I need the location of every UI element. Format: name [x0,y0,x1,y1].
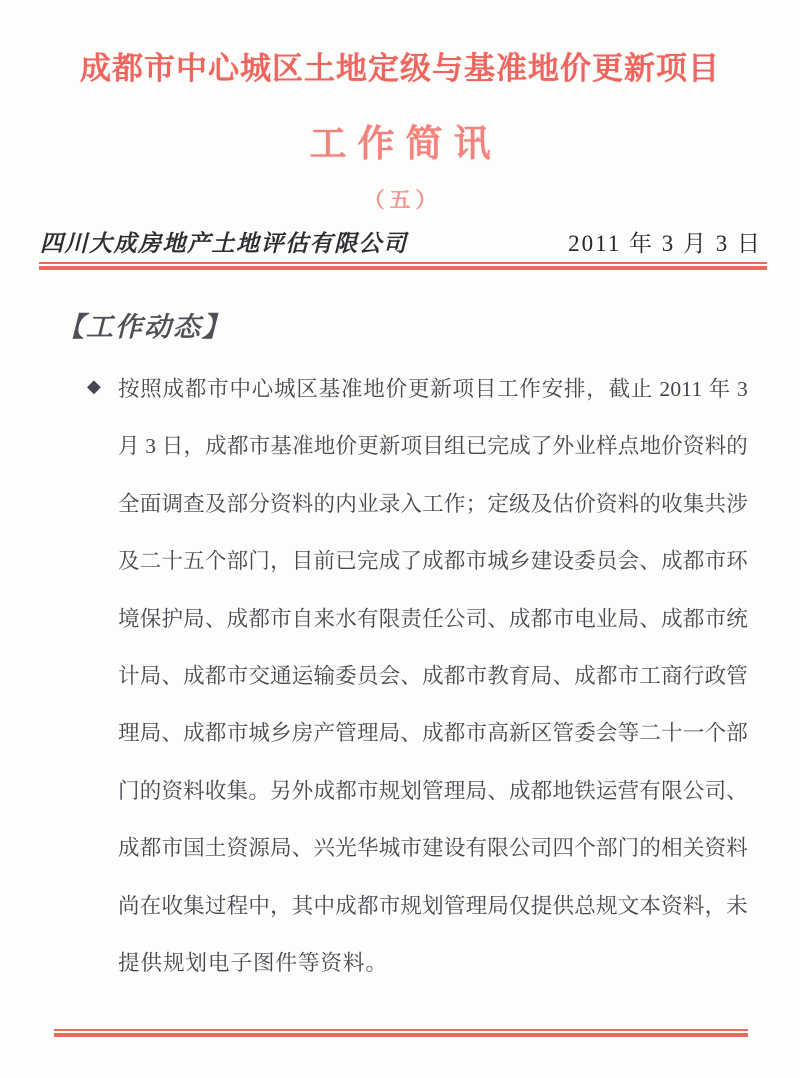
paragraph-line: 及二十五个部门，目前已完成了成都市城乡建设委员会、成都市环 [118,533,748,590]
issue-number: （五） [0,186,800,214]
paragraph-line: 尚在收集过程中，其中成都市规划管理局仅提供总规文本资料，未 [118,878,748,935]
paragraph-line: 全面调查及部分资料的内业录入工作；定级及估价资料的收集共涉 [118,476,748,533]
paragraph-line: 计局、成都市交通运输委员会、成都市教育局、成都市工商行政管 [118,648,748,705]
bulletin-page: 成都市中心城区土地定级与基准地价更新项目 工作简讯 （五） 四川大成房地产土地评… [0,0,800,1078]
paragraph-line: 月 3 日，成都市基准地价更新项目组已完成了外业样点地价资料的 [118,418,748,475]
body-paragraph: ◆ 按照成都市中心城区基准地价更新项目工作安排，截止 2011 年 3 月 3 … [118,361,748,992]
paragraph-line: 成都市国土资源局、兴光华城市建设有限公司四个部门的相关资料 [118,820,748,877]
section-heading-work-updates: 【工作动态】 [57,309,231,345]
header-divider-rule [39,262,767,270]
paragraph-line: 门的资料收集。另外成都市规划管理局、成都地铁运营有限公司、 [118,763,748,820]
paragraph-line: 理局、成都市城乡房产管理局、成都市高新区管委会等二十一个部 [118,705,748,762]
paragraph-line: 提供规划电子图件等资料。 [118,935,748,992]
diamond-bullet-icon: ◆ [87,378,101,396]
meta-row: 四川大成房地产土地评估有限公司 2011 年 3 月 3 日 [40,229,762,259]
paragraph-line: 境保护局、成都市自来水有限责任公司、成都市电业局、成都市统 [118,591,748,648]
project-title: 成都市中心城区土地定级与基准地价更新项目 [0,48,800,90]
issue-date: 2011 年 3 月 3 日 [568,229,762,259]
bulletin-title: 工作简讯 [0,120,800,168]
publisher-name: 四川大成房地产土地评估有限公司 [40,229,408,259]
paragraph-line: 按照成都市中心城区基准地价更新项目工作安排，截止 2011 年 3 [118,361,748,418]
footer-divider-rule [54,1029,748,1037]
